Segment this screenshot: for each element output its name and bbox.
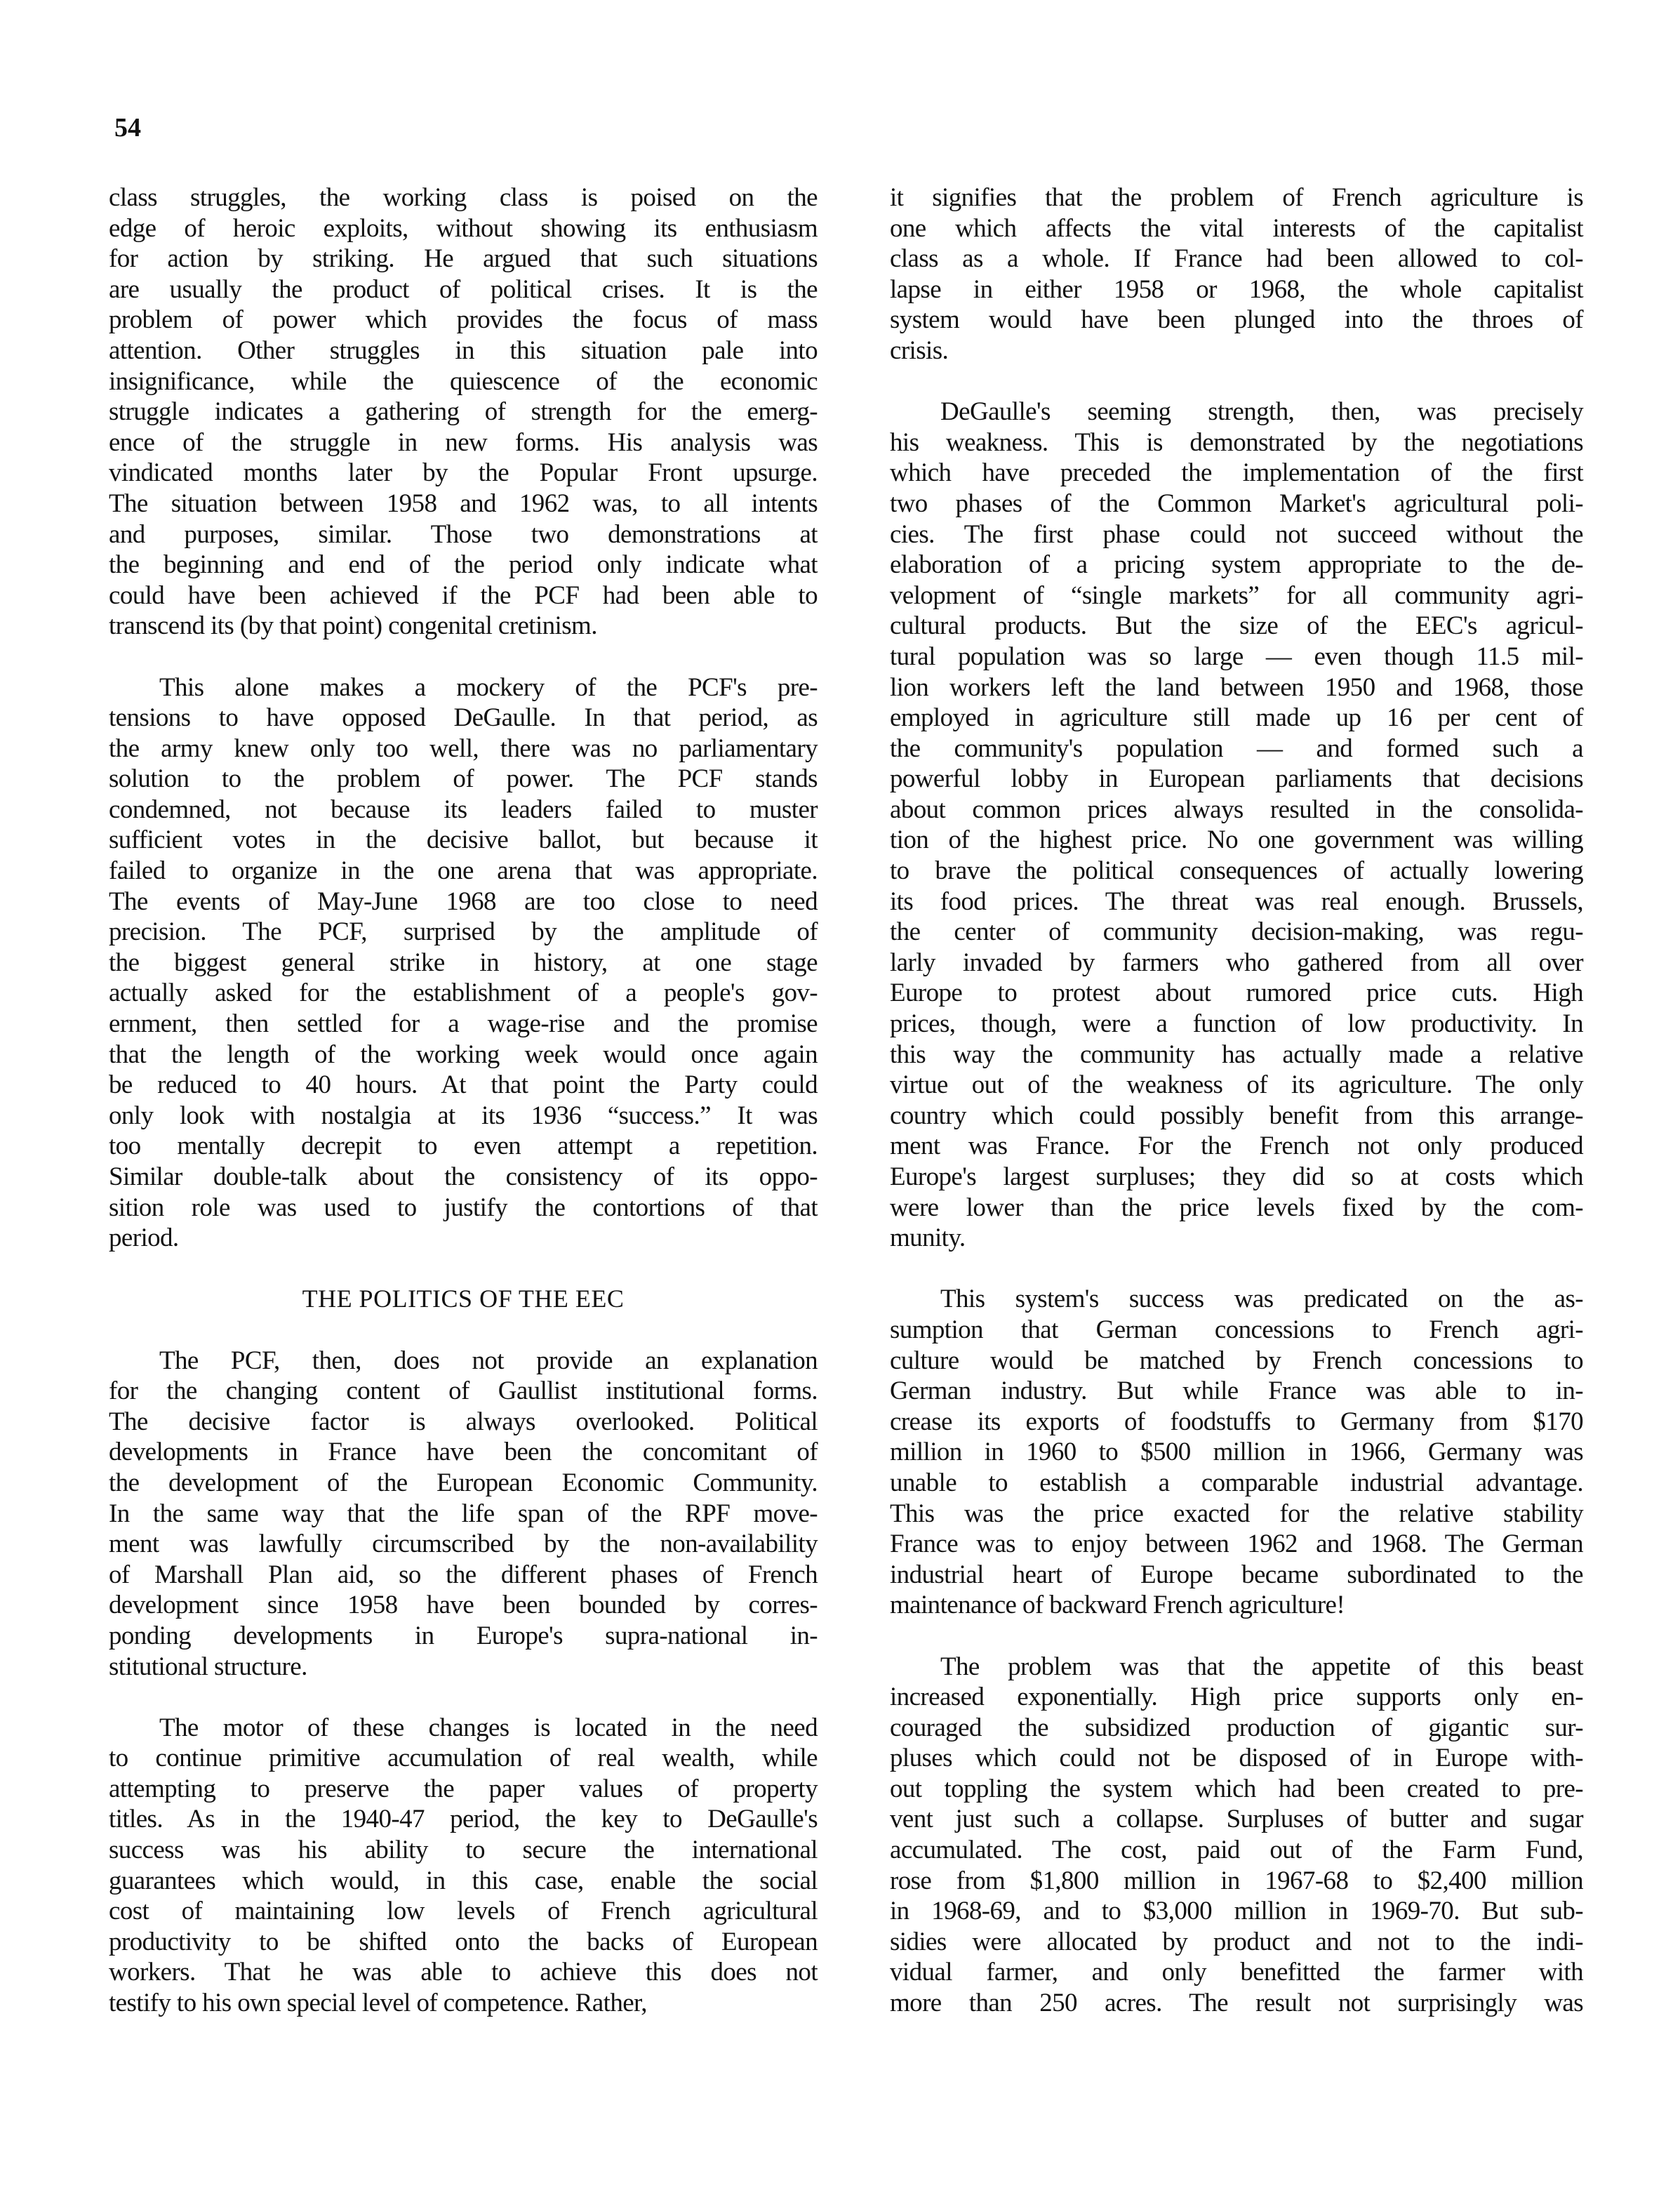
text-line: of Marshall Plan aid, so the different p… <box>109 1560 818 1591</box>
text-line: million in 1960 to $500 million in 1966,… <box>890 1437 1583 1468</box>
text-line: attention. Other struggles in this situa… <box>109 336 818 366</box>
text-line: vindicated months later by the Popular F… <box>109 458 818 489</box>
text-line: country which could possibly benefit fro… <box>890 1101 1583 1132</box>
paragraph: This alone makes a mockery of the PCF's … <box>109 672 818 1254</box>
paragraph: The PCF, then, does not provide an expla… <box>109 1346 818 1683</box>
text-line: be reduced to 40 hours. At that point th… <box>109 1070 818 1101</box>
text-line: This was the price exacted for the relat… <box>890 1499 1583 1530</box>
text-line: period. <box>109 1223 818 1254</box>
text-line: The events of May-June 1968 are too clos… <box>109 887 818 917</box>
text-line: In the same way that the life span of th… <box>109 1499 818 1530</box>
text-line: titles. As in the 1940-47 period, the ke… <box>109 1804 818 1835</box>
text-line: the army knew only too well, there was n… <box>109 734 818 764</box>
text-line: productivity to be shifted onto the back… <box>109 1927 818 1958</box>
text-line: increased exponentially. High price supp… <box>890 1682 1583 1713</box>
text-line: solution to the problem of power. The PC… <box>109 764 818 795</box>
text-line: accumulated. The cost, paid out of the F… <box>890 1835 1583 1866</box>
text-line: munity. <box>890 1223 1583 1254</box>
paragraph: it signifies that the problem of French … <box>890 183 1583 366</box>
text-line: success was his ability to secure the in… <box>109 1835 818 1866</box>
text-line: that the length of the working week woul… <box>109 1040 818 1070</box>
text-line: employed in agriculture still made up 16… <box>890 703 1583 734</box>
text-line: The motor of these changes is located in… <box>109 1713 818 1744</box>
text-line: class as a whole. If France had been all… <box>890 244 1583 274</box>
text-line: maintenance of backward French agricultu… <box>890 1590 1583 1621</box>
text-line: The problem was that the appetite of thi… <box>890 1652 1583 1683</box>
text-line: lion workers left the land between 1950 … <box>890 672 1583 703</box>
text-line: larly invaded by farmers who gathered fr… <box>890 948 1583 979</box>
text-line: couraged the subsidized production of gi… <box>890 1713 1583 1744</box>
text-line: attempting to preserve the paper values … <box>109 1774 818 1805</box>
text-line: actually asked for the establishment of … <box>109 978 818 1009</box>
text-line: the biggest general strike in history, a… <box>109 948 818 979</box>
text-line: pluses which could not be disposed of in… <box>890 1743 1583 1774</box>
text-line: more than 250 acres. The result not surp… <box>890 1988 1583 2019</box>
text-line: the community's population — and formed … <box>890 734 1583 764</box>
page-number: 54 <box>114 112 141 143</box>
text-line: cies. The first phase could not succeed … <box>890 519 1583 550</box>
text-line: are usually the product of political cri… <box>109 274 818 305</box>
text-line: powerful lobby in European parliaments t… <box>890 764 1583 795</box>
text-line: insignificance, while the quiescence of … <box>109 366 818 397</box>
text-line: ernment, then settled for a wage-rise an… <box>109 1009 818 1040</box>
text-line: The PCF, then, does not provide an expla… <box>109 1346 818 1377</box>
text-line: his weakness. This is demonstrated by th… <box>890 427 1583 458</box>
text-line: the center of community decision-making,… <box>890 917 1583 948</box>
text-line: lapse in either 1958 or 1968, the whole … <box>890 274 1583 305</box>
text-line: precision. The PCF, surprised by the amp… <box>109 917 818 948</box>
text-line: for the changing content of Gaullist ins… <box>109 1376 818 1407</box>
text-line: failed to organize in the one arena that… <box>109 856 818 887</box>
text-line: development since 1958 have been bounded… <box>109 1590 818 1621</box>
paragraph: DeGaulle's seeming strength, then, was p… <box>890 397 1583 1254</box>
text-line: rose from $1,800 million in 1967-68 to $… <box>890 1866 1583 1897</box>
text-line: tural population was so large — even tho… <box>890 642 1583 672</box>
text-line: in 1968-69, and to $3,000 million in 196… <box>890 1896 1583 1927</box>
text-line: sidies were allocated by product and not… <box>890 1927 1583 1958</box>
text-line: the development of the European Economic… <box>109 1468 818 1499</box>
text-line: ponding developments in Europe's supra-n… <box>109 1621 818 1652</box>
text-line: system would have been plunged into the … <box>890 305 1583 336</box>
text-line: one which affects the vital interests of… <box>890 213 1583 244</box>
text-line: for action by striking. He argued that s… <box>109 244 818 274</box>
text-line: German industry. But while France was ab… <box>890 1376 1583 1407</box>
text-line: workers. That he was able to achieve thi… <box>109 1957 818 1988</box>
text-line: this way the community has actually made… <box>890 1040 1583 1070</box>
text-line: cultural products. But the size of the E… <box>890 611 1583 642</box>
text-line: cost of maintaining low levels of French… <box>109 1896 818 1927</box>
text-line: ment was lawfully circumscribed by the n… <box>109 1529 818 1560</box>
text-line: crease its exports of foodstuffs to Germ… <box>890 1407 1583 1438</box>
text-line: tensions to have opposed DeGaulle. In th… <box>109 703 818 734</box>
text-line: velopment of “single markets” for all co… <box>890 581 1583 611</box>
paragraph: This system's success was predicated on … <box>890 1284 1583 1621</box>
text-line: problem of power which provides the focu… <box>109 305 818 336</box>
left-column: class struggles, the working class is po… <box>109 183 818 2049</box>
text-line: were lower than the price levels fixed b… <box>890 1193 1583 1223</box>
text-line: tion of the highest price. No one govern… <box>890 825 1583 856</box>
text-line: Europe's largest surpluses; they did so … <box>890 1162 1583 1193</box>
text-line: out toppling the system which had been c… <box>890 1774 1583 1805</box>
text-line: two phases of the Common Market's agricu… <box>890 489 1583 519</box>
text-line: about common prices always resulted in t… <box>890 795 1583 825</box>
right-paragraphs: it signifies that the problem of French … <box>890 183 1583 2019</box>
text-line: vidual farmer, and only benefitted the f… <box>890 1957 1583 1988</box>
text-line: sumption that German concessions to Fren… <box>890 1315 1583 1346</box>
text-line: testify to his own special level of comp… <box>109 1988 818 2019</box>
right-column: it signifies that the problem of French … <box>890 183 1583 2049</box>
text-line: DeGaulle's seeming strength, then, was p… <box>890 397 1583 427</box>
text-line: only look with nostalgia at its 1936 “su… <box>109 1101 818 1132</box>
text-line: sition role was used to justify the cont… <box>109 1193 818 1223</box>
section-heading: THE POLITICS OF THE EEC <box>109 1284 818 1315</box>
text-line: industrial heart of Europe became subord… <box>890 1560 1583 1591</box>
paragraph: class struggles, the working class is po… <box>109 183 818 642</box>
text-line: stitutional structure. <box>109 1652 818 1683</box>
text-line: its food prices. The threat was real eno… <box>890 887 1583 917</box>
text-line: class struggles, the working class is po… <box>109 183 818 213</box>
text-line: unable to establish a comparable industr… <box>890 1468 1583 1499</box>
text-line: virtue out of the weakness of its agricu… <box>890 1070 1583 1101</box>
text-line: This system's success was predicated on … <box>890 1284 1583 1315</box>
text-line: culture would be matched by French conce… <box>890 1346 1583 1377</box>
text-line: guarantees which would, in this case, en… <box>109 1866 818 1897</box>
paragraph: The motor of these changes is located in… <box>109 1713 818 2019</box>
text-line: too mentally decrepit to even attempt a … <box>109 1131 818 1162</box>
text-line: transcend its (by that point) congenital… <box>109 611 818 642</box>
text-line: crisis. <box>890 336 1583 366</box>
left-paragraphs-before-heading: class struggles, the working class is po… <box>109 183 818 1254</box>
text-line: to brave the political consequences of a… <box>890 856 1583 887</box>
text-line: The situation between 1958 and 1962 was,… <box>109 489 818 519</box>
text-line: to continue primitive accumulation of re… <box>109 1743 818 1774</box>
text-line: sufficient votes in the decisive ballot,… <box>109 825 818 856</box>
text-line: struggle indicates a gathering of streng… <box>109 397 818 427</box>
text-line: elaboration of a pricing system appropri… <box>890 550 1583 581</box>
text-line: ment was France. For the French not only… <box>890 1131 1583 1162</box>
text-line: This alone makes a mockery of the PCF's … <box>109 672 818 703</box>
text-line: vent just such a collapse. Surpluses of … <box>890 1804 1583 1835</box>
text-line: The decisive factor is always overlooked… <box>109 1407 818 1438</box>
paragraph: The problem was that the appetite of thi… <box>890 1652 1583 2019</box>
text-line: France was to enjoy between 1962 and 196… <box>890 1529 1583 1560</box>
text-line: the beginning and end of the period only… <box>109 550 818 581</box>
left-paragraphs-after-heading: The PCF, then, does not provide an expla… <box>109 1346 818 2019</box>
text-line: it signifies that the problem of French … <box>890 183 1583 213</box>
text-line: could have been achieved if the PCF had … <box>109 581 818 611</box>
text-line: prices, though, were a function of low p… <box>890 1009 1583 1040</box>
text-line: condemned, not because its leaders faile… <box>109 795 818 825</box>
text-line: edge of heroic exploits, without showing… <box>109 213 818 244</box>
text-line: and purposes, similar. Those two demonst… <box>109 519 818 550</box>
text-line: developments in France have been the con… <box>109 1437 818 1468</box>
text-line: which have preceded the implementation o… <box>890 458 1583 489</box>
text-line: ence of the struggle in new forms. His a… <box>109 427 818 458</box>
text-line: Europe to protest about rumored price cu… <box>890 978 1583 1009</box>
text-line: Similar double-talk about the consistenc… <box>109 1162 818 1193</box>
